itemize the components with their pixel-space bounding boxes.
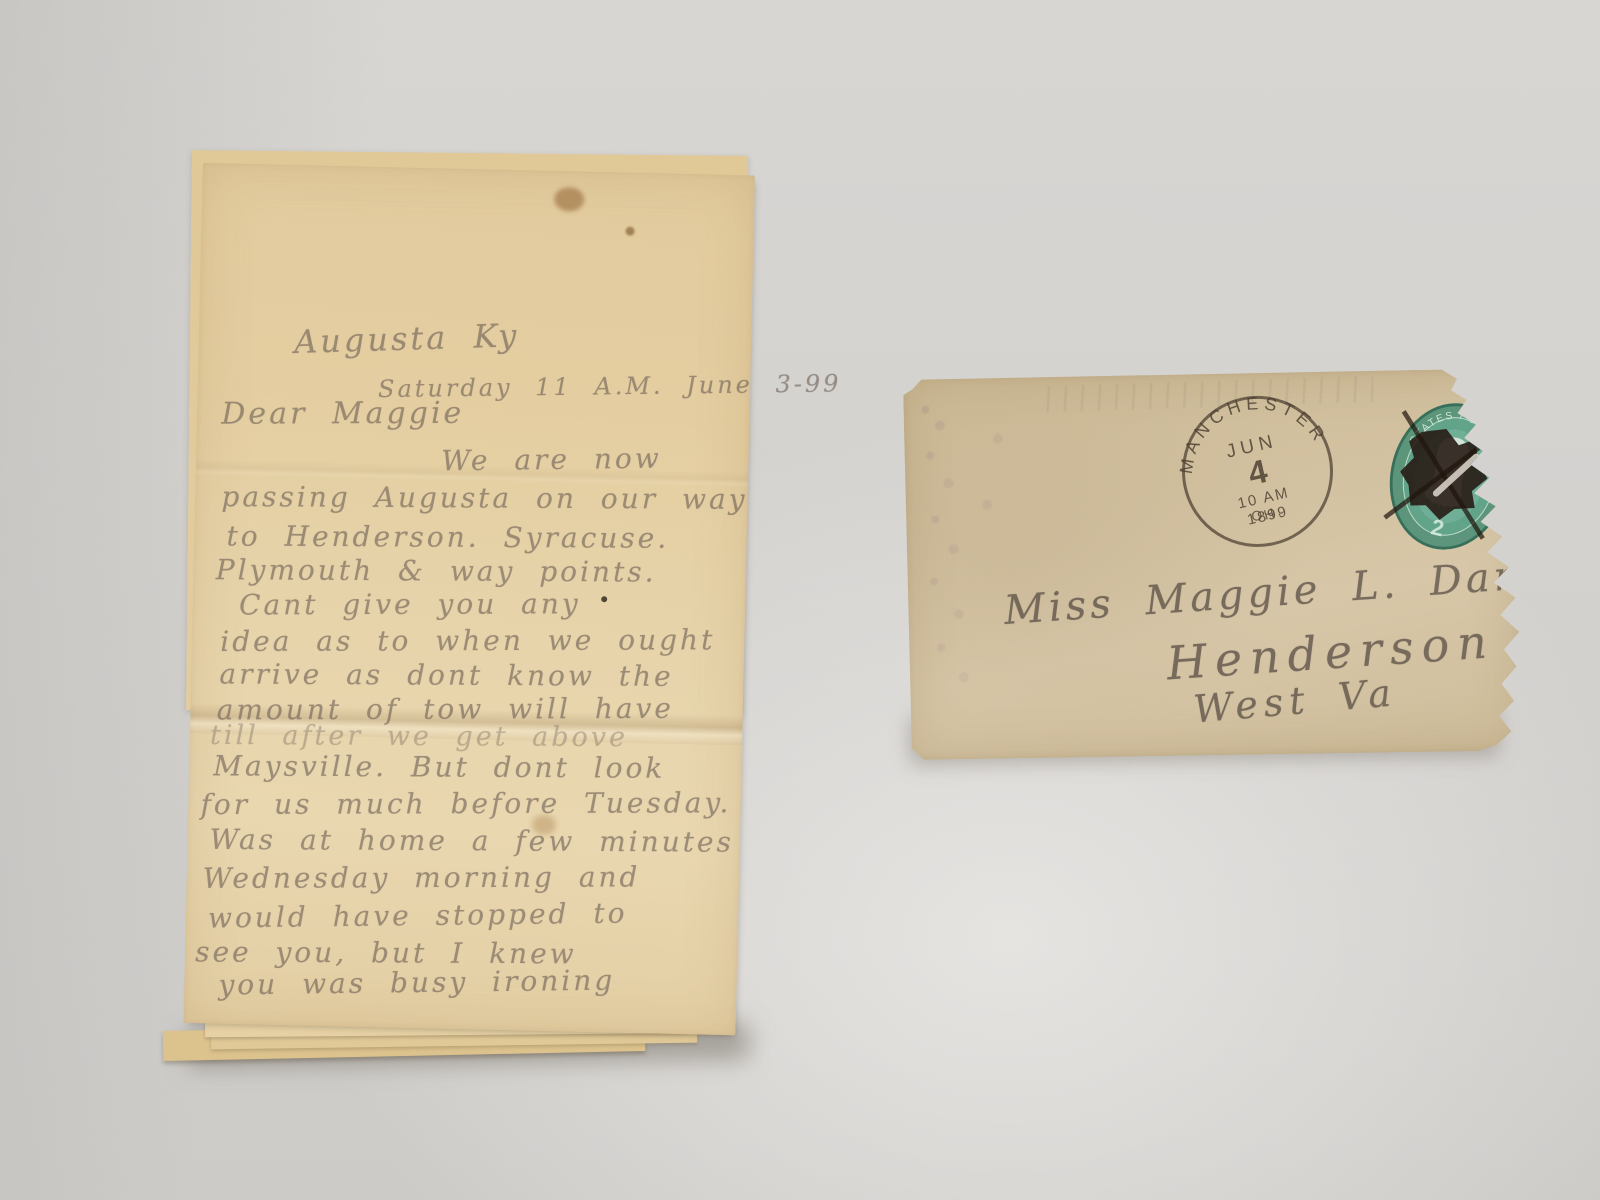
letter-line: idea as to when we ought [220,623,715,658]
letter-line: Maysville. But dont look [213,749,665,784]
stain-spot [554,187,585,212]
photo-surface: Augusta Ky Saturday 11 A.M. June 3-99 De… [0,0,1600,1200]
envelope: MANCHESTER JUN 4 10 AM 1899 OH. STATES P… [903,368,1521,760]
letter-line: We are now [441,442,662,478]
letter-line: Plymouth & way points. [216,553,657,588]
letter-line: till after we get above [210,720,628,753]
letter-stack: Augusta Ky Saturday 11 A.M. June 3-99 De… [203,163,755,1023]
postmark-day: 4 [1245,452,1272,492]
stain-spot [601,596,607,602]
letter-line: to Henderson. Syracuse. [226,519,669,554]
letter-line: you was busy ironing [218,964,615,1002]
ink-smudges [921,406,929,414]
letter-line: Dear Maggie [221,396,464,432]
letter-line: passing Augusta on our way [221,480,747,516]
stain-spot [625,227,634,236]
letter-line: Wednesday morning and [203,860,641,895]
letter-page: Augusta Ky Saturday 11 A.M. June 3-99 De… [183,163,754,1035]
letter-line: Was at home a few minutes [210,823,734,859]
letter-line: Cant give you any [239,587,581,621]
letter-line: Augusta Ky [294,316,520,361]
letter-line: for us much before Tuesday. [200,786,731,821]
letter-line: arrive as dont know the [219,657,673,692]
postage-stamp: STATES POSTAGE 2 CENTS [1368,383,1531,570]
postmark: MANCHESTER JUN 4 10 AM 1899 OH. [1162,376,1354,568]
letter-line: would have stopped to [208,897,628,935]
